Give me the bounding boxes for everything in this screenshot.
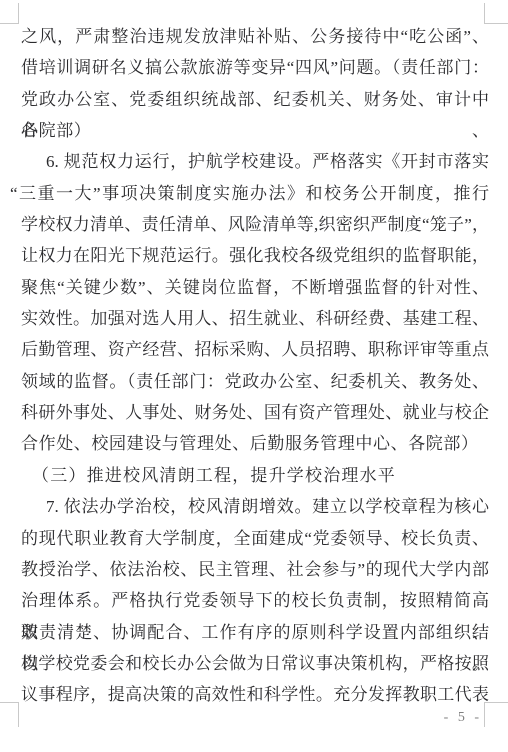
text-line: 议事程序，提高决策的高效性和科学性。充分发挥教职工代表	[21, 679, 489, 710]
text-line: 后勤管理、资产经营、招标采购、人员招聘、职称评审等重点	[21, 334, 489, 365]
text-line: 之风，严肃整治违规发放津贴补贴、公务接待中“吃公函”、	[21, 21, 489, 52]
text-line: 党政办公室、党委组织统战部、纪委机关、财务处、审计中心、	[21, 84, 489, 115]
text-line: 聚焦“关键少数”、关键岗位监督，不断增强监督的针对性、	[21, 272, 489, 303]
page-number: - 5 -	[444, 710, 482, 726]
text-line: 职责清楚、协调配合、工作有序的原则科学设置内部组织结构。	[21, 617, 489, 648]
text-line: 领域的监督。（责任部门：党政办公室、纪委机关、教务处、	[21, 366, 489, 397]
crop-mark-top-left	[0, 3, 19, 24]
text-line: 教授治学、依法治校、民主管理、社会参与”的现代大学内部	[21, 554, 489, 585]
crop-mark-bottom-left	[0, 702, 19, 727]
paragraph-6-start-line: 6. 规范权力运行，护航学校建设。严格落实《开封市落实	[21, 146, 489, 177]
text-line: 合作处、校园建设与管理处、后勤服务管理中心、各院部）	[21, 428, 489, 459]
text-line: “三重一大”事项决策制度实施办法》和校务公开制度，推行	[10, 178, 489, 209]
text-line: 科研外事处、人事处、财务处、国有资产管理处、就业与校企	[21, 397, 489, 428]
text-line: 治理体系。严格执行党委领导下的校长负责制，按照精简高效、	[21, 585, 489, 616]
text-line: 的现代职业教育大学制度，全面建成“党委领导、校长负责、	[21, 523, 489, 554]
text-line: 以学校党委会和校长办公会做为日常议事决策机构，严格按照	[21, 648, 489, 679]
text-line: 实效性。加强对选人用人、招生就业、科研经费、基建工程、	[21, 303, 489, 334]
section-heading: （三）推进校风清朗工程，提升学校治理水平	[21, 460, 489, 491]
text-line: 学校权力清单、责任清单、风险清单等,织密织严制度“笼子”，	[21, 209, 489, 240]
paragraph-7-start-line: 7. 依法办学治校，校风清朗增效。建立以学校章程为核心	[21, 491, 489, 522]
text-line: 让权力在阳光下规范运行。强化我校各级党组织的监督职能，	[21, 240, 489, 271]
text-line: 借培训调研名义搞公款旅游等变异“四风”问题。（责任部门：	[21, 52, 489, 83]
document-page: 之风，严肃整治违规发放津贴补贴、公务接待中“吃公函”、 借培训调研名义搞公款旅游…	[21, 21, 489, 711]
